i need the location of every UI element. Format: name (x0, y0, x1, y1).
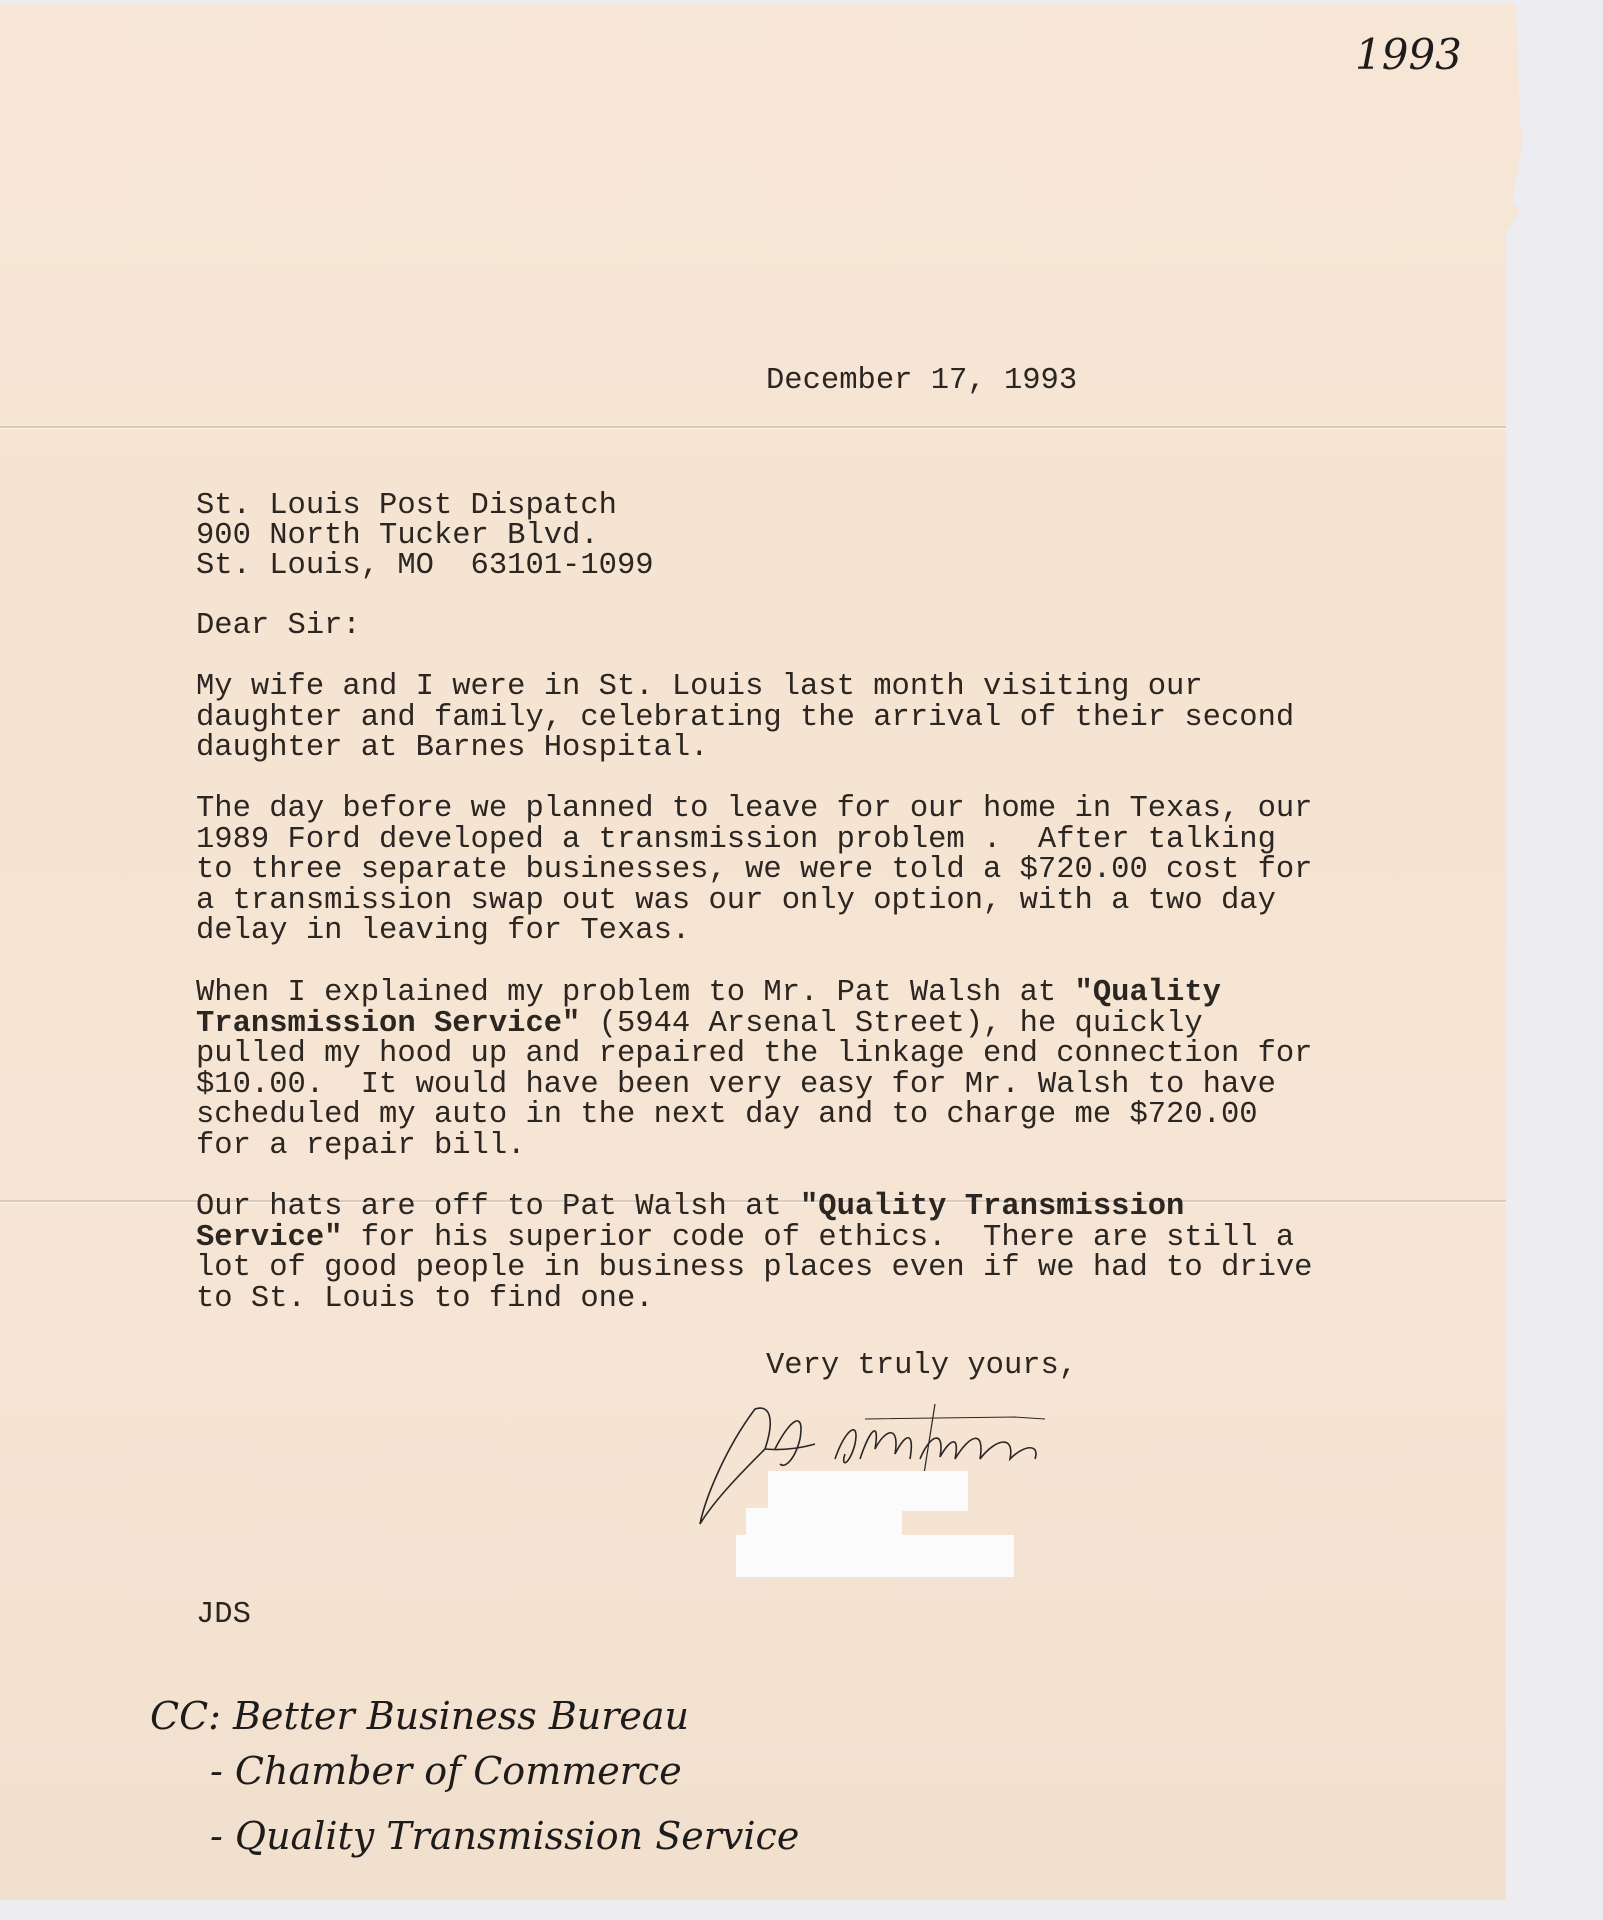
cc-line-3: - Quality Transmission Service (210, 1814, 799, 1858)
paragraph-1: My wife and I were in St. Louis last mon… (196, 672, 1294, 764)
redaction-tape (736, 1535, 1014, 1577)
p4-line: lot of good people in business places ev… (196, 1253, 1312, 1284)
p1-line: My wife and I were in St. Louis last mon… (196, 672, 1294, 703)
salutation: Dear Sir: (196, 611, 361, 642)
p3-line: Transmission Service" (5944 Arsenal Stre… (196, 1009, 1312, 1040)
recipient-line-2: 900 North Tucker Blvd. (196, 521, 599, 552)
business-name-bold: Transmission Service" (196, 1007, 580, 1041)
p3-text: (5944 Arsenal Street), he quickly (580, 1007, 1202, 1041)
p4-text: Our hats are off to Pat Walsh at (196, 1190, 800, 1224)
closing: Very truly yours, (766, 1351, 1077, 1382)
p2-line: delay in leaving for Texas. (196, 916, 1312, 947)
cc-line-2: - Chamber of Commerce (210, 1749, 682, 1793)
p3-line: $10.00. It would have been very easy for… (196, 1070, 1312, 1101)
p1-line: daughter at Barnes Hospital. (196, 733, 1294, 764)
paragraph-2: The day before we planned to leave for o… (196, 794, 1312, 947)
p3-text: When I explained my problem to Mr. Pat W… (196, 976, 1075, 1010)
paragraph-4: Our hats are off to Pat Walsh at "Qualit… (196, 1192, 1312, 1314)
letter-date: December 17, 1993 (766, 366, 1077, 397)
p4-line: Service" for his superior code of ethics… (196, 1223, 1312, 1254)
business-name-bold: "Quality (1075, 976, 1221, 1010)
p4-line: Our hats are off to Pat Walsh at "Qualit… (196, 1192, 1312, 1223)
p2-line: a transmission swap out was our only opt… (196, 886, 1312, 917)
business-name-bold: Service" (196, 1221, 342, 1255)
cc-line-1: CC: Better Business Bureau (150, 1694, 689, 1738)
paper-fold-line (0, 426, 1522, 428)
p3-line: scheduled my auto in the next day and to… (196, 1100, 1312, 1131)
p2-line: to three separate businesses, we were to… (196, 855, 1312, 886)
p1-line: daughter and family, celebrating the arr… (196, 703, 1294, 734)
redaction-tape (768, 1471, 968, 1511)
p2-line: 1989 Ford developed a transmission probl… (196, 825, 1312, 856)
p3-line: pulled my hood up and repaired the linka… (196, 1039, 1312, 1070)
p2-line: The day before we planned to leave for o… (196, 794, 1312, 825)
recipient-line-3: St. Louis, MO 63101-1099 (196, 551, 654, 582)
typist-initials: JDS (196, 1600, 251, 1631)
handwritten-year: 1993 (1355, 30, 1462, 79)
recipient-line-1: St. Louis Post Dispatch (196, 491, 617, 522)
p3-line: for a repair bill. (196, 1131, 1312, 1162)
p4-line: to St. Louis to find one. (196, 1284, 1312, 1315)
paragraph-3: When I explained my problem to Mr. Pat W… (196, 978, 1312, 1162)
business-name-bold: "Quality Transmission (800, 1190, 1184, 1224)
letter-paper: 1993 December 17, 1993 St. Louis Post Di… (0, 4, 1522, 1900)
p3-line: When I explained my problem to Mr. Pat W… (196, 978, 1312, 1009)
p4-text: for his superior code of ethics. There a… (342, 1221, 1294, 1255)
